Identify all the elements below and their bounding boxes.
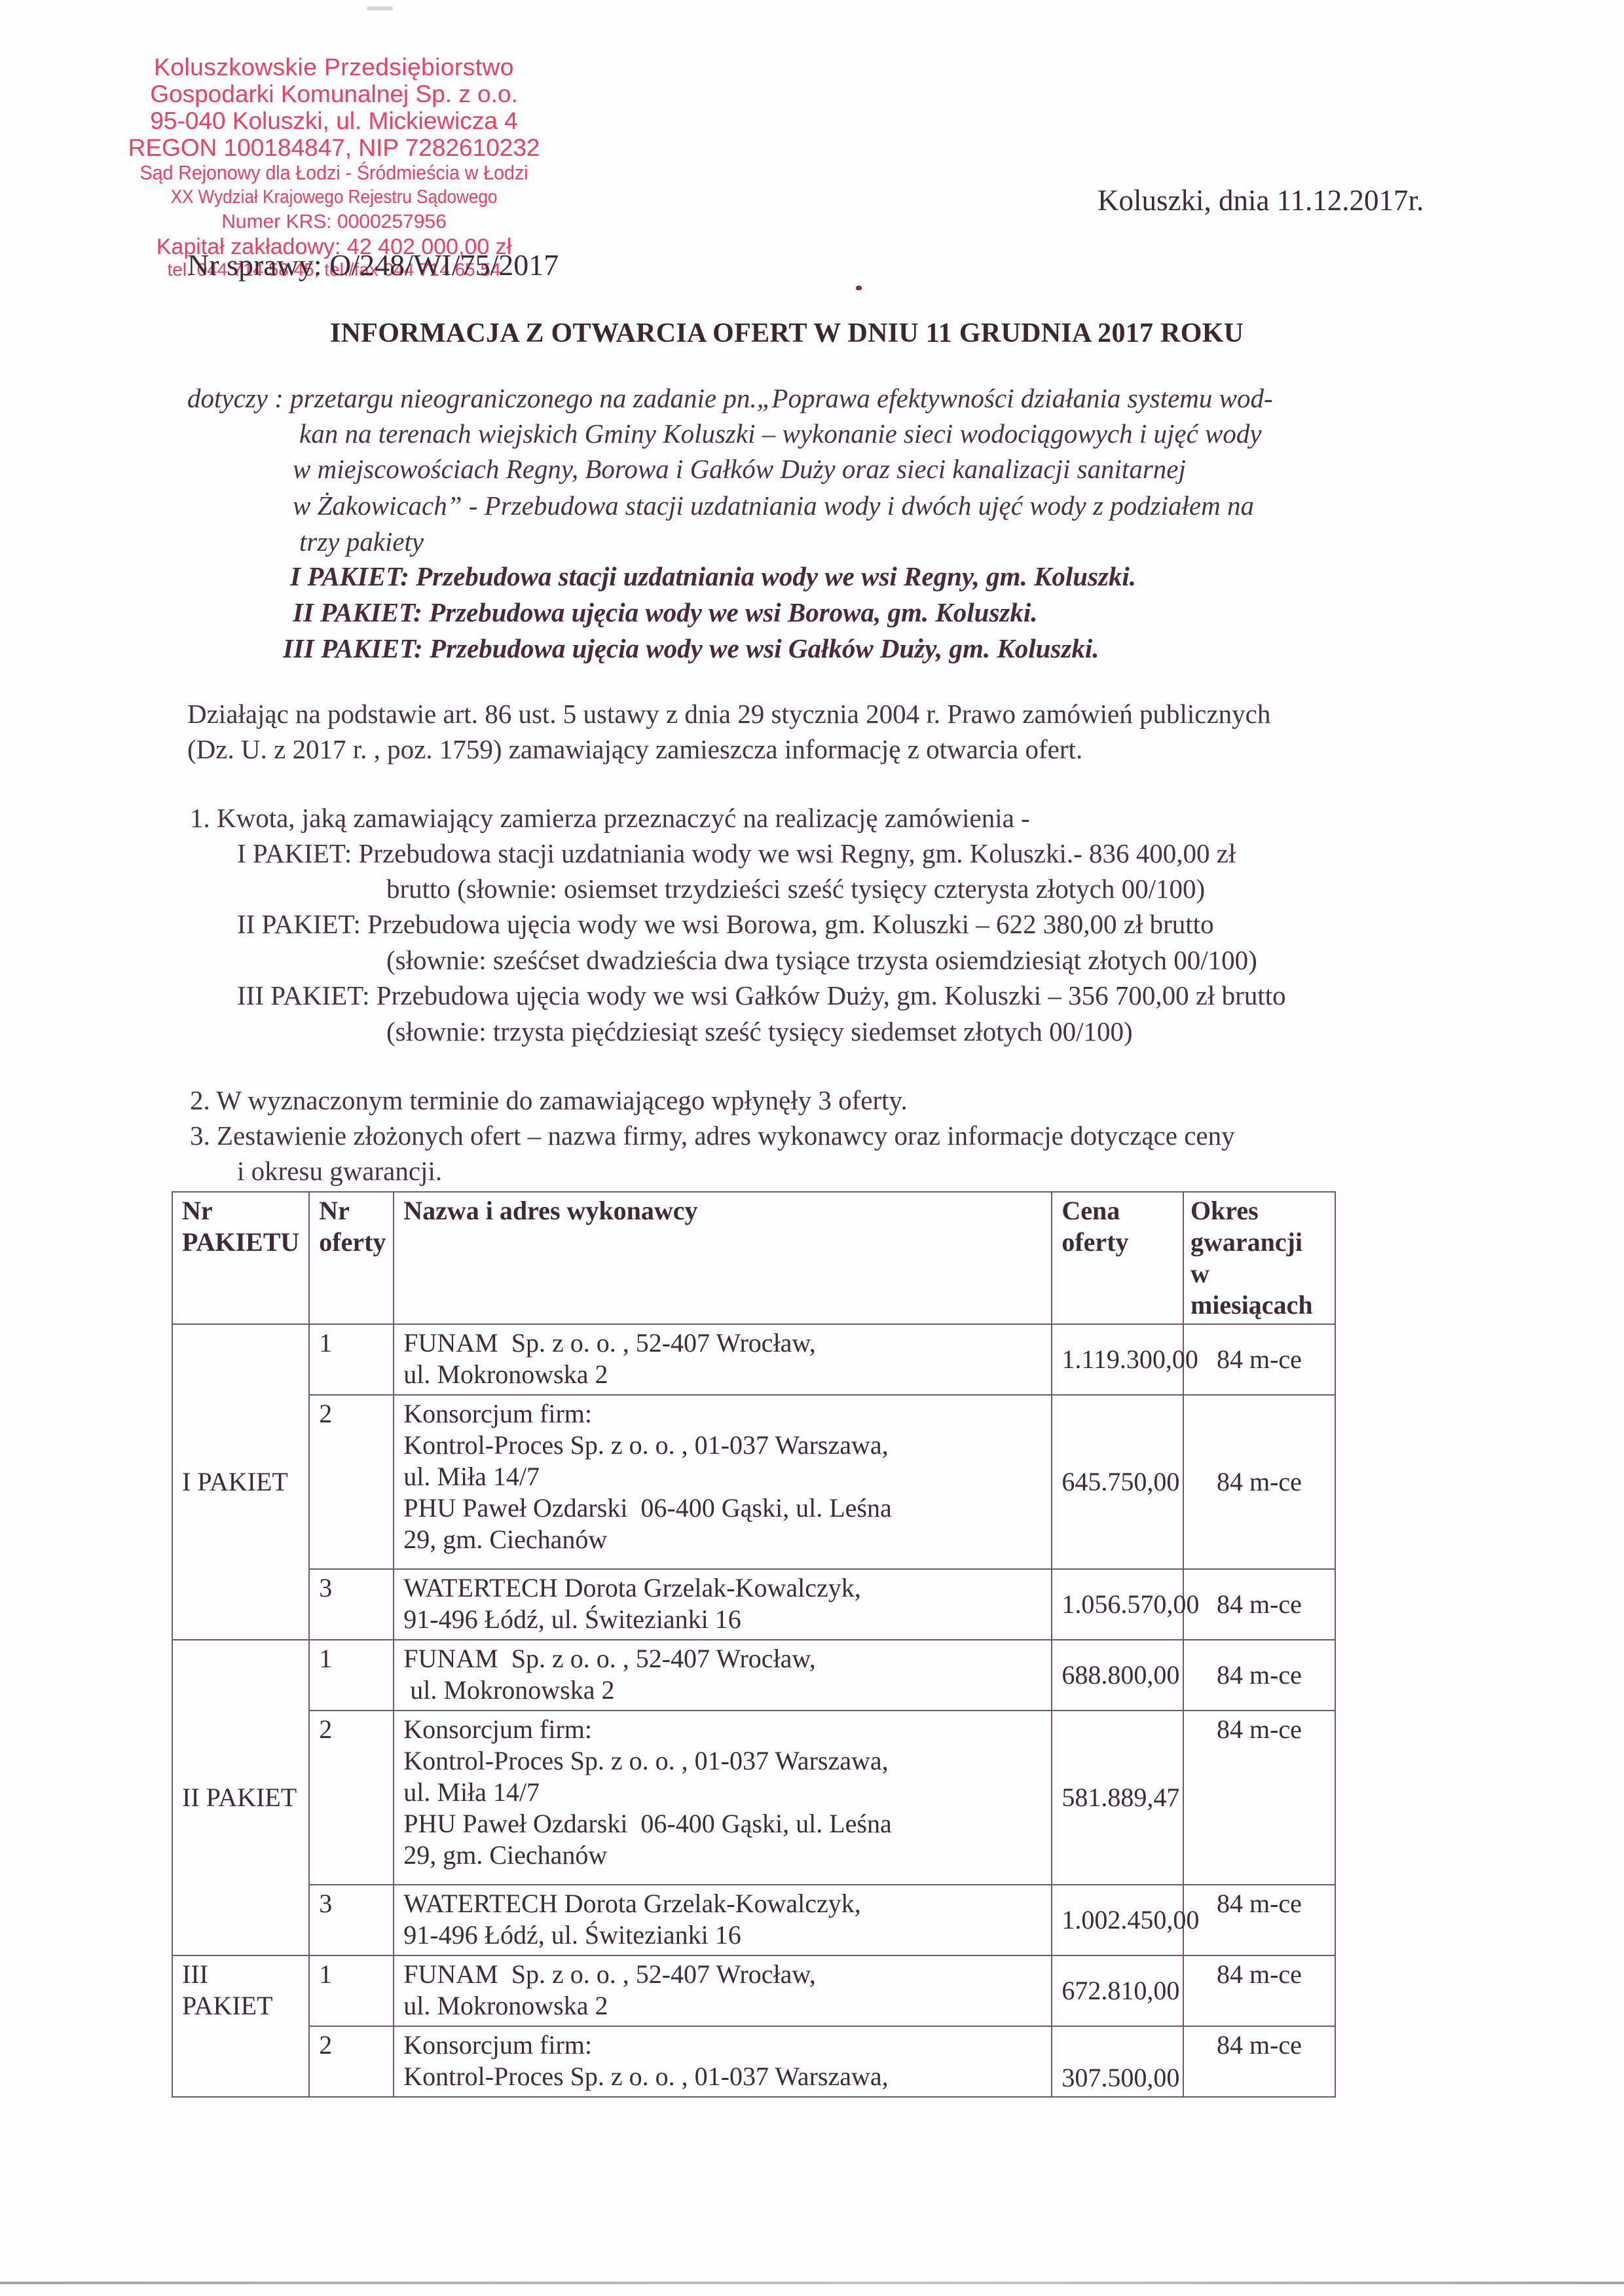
warranty-cell: 84 m-ce (1183, 1640, 1335, 1711)
stamp-line: Sąd Rejonowy dla Łodzi - Śródmieścia w Ł… (123, 162, 545, 183)
document-title: INFORMACJA Z OTWARCIA OFERT W DNIU 11 GR… (330, 318, 1244, 349)
package-heading: II PAKIET: Przebudowa ujęcia wody we wsi… (293, 597, 1038, 628)
offer-number-cell: 3 (309, 1885, 394, 1955)
package-heading: III PAKIET: Przebudowa ujęcia wody we ws… (283, 633, 1099, 664)
header-price: Cena oferty (1052, 1192, 1183, 1324)
contractor-line: 29, gm. Ciechanów (403, 1840, 1042, 1871)
intro-line: kan na terenach wiejskich Gminy Koluszki… (299, 418, 1262, 449)
contractor-line: ul. Miła 14/7 (403, 1461, 1042, 1492)
table-row: III PAKIET1FUNAM Sp. z o. o. , 52-407 Wr… (172, 1955, 1335, 2026)
offer-number-cell: 2 (309, 1711, 394, 1885)
price-cell: 1.056.570,00 (1052, 1569, 1183, 1640)
contractor-line: Konsorcjum firm: (403, 1714, 1042, 1745)
contractor-line: Kontrol-Proces Sp. z o. o. , 01-037 Wars… (403, 2061, 1042, 2092)
contractor-line: Konsorcjum firm: (403, 1398, 1042, 1430)
section1-item-line: brutto (słownie: osiemset trzydzieści sz… (386, 873, 1205, 904)
package-cell: II PAKIET (172, 1640, 309, 1955)
warranty-cell: 84 m-ce (1183, 1885, 1335, 1955)
contractor-line: ul. Mokronowska 2 (403, 1675, 1042, 1706)
contractor-line: FUNAM Sp. z o. o. , 52-407 Wrocław, (403, 1643, 1042, 1675)
warranty-cell: 84 m-ce (1183, 1324, 1335, 1395)
stamp-line: 95-040 Koluszki, ul. Mickiewicza 4 (105, 109, 563, 133)
warranty-cell: 84 m-ce (1183, 1955, 1335, 2026)
contractor-line: ul. Mokronowska 2 (403, 1990, 1042, 2022)
legal-basis-line: (Dz. U. z 2017 r. , poz. 1759) zamawiają… (187, 733, 1082, 765)
table-row: II PAKIET1FUNAM Sp. z o. o. , 52-407 Wro… (172, 1640, 1335, 1711)
contractor-line: 91-496 Łódź, ul. Świtezianki 16 (403, 1604, 1042, 1635)
contractor-cell: Konsorcjum firm:Kontrol-Proces Sp. z o. … (394, 1711, 1052, 1885)
contractor-cell: FUNAM Sp. z o. o. , 52-407 Wrocław,ul. M… (394, 1955, 1052, 2026)
contractor-cell: FUNAM Sp. z o. o. , 52-407 Wrocław,ul. M… (394, 1324, 1052, 1395)
header-contractor: Nazwa i adres wykonawcy (394, 1192, 1052, 1324)
case-number: Nr sprawy: O/248/WI/75/2017 (187, 248, 559, 282)
offer-number-cell: 3 (309, 1569, 394, 1640)
table-row: I PAKIET1FUNAM Sp. z o. o. , 52-407 Wroc… (172, 1324, 1335, 1395)
offer-number-cell: 1 (309, 1324, 394, 1395)
stamp-line: Gospodarki Komunalnej Sp. z o.o. (105, 82, 563, 106)
package-heading: I PAKIET: Przebudowa stacji uzdatniania … (290, 561, 1136, 592)
section3-line: 3. Zestawienie złożonych ofert – nazwa f… (190, 1120, 1235, 1151)
stamp-line: XX Wydział Krajowego Rejestru Sądowego (128, 188, 540, 207)
ink-speck (856, 286, 862, 290)
contractor-cell: FUNAM Sp. z o. o. , 52-407 Wrocław, ul. … (394, 1640, 1052, 1711)
scan-artifact (367, 7, 393, 10)
contractor-line: ul. Miła 14/7 (403, 1777, 1042, 1808)
contractor-line: FUNAM Sp. z o. o. , 52-407 Wrocław, (403, 1327, 1042, 1359)
contractor-line: Konsorcjum firm: (403, 2029, 1042, 2061)
price-cell: 688.800,00 (1052, 1640, 1183, 1711)
table-row: 3WATERTECH Dorota Grzelak-Kowalczyk,91-4… (172, 1569, 1335, 1640)
section1-item-line: I PAKIET: Przebudowa stacji uzdatniania … (237, 838, 1236, 869)
intro-line: trzy pakiety (299, 526, 424, 557)
stamp-line: Numer KRS: 0000257956 (105, 212, 563, 232)
contractor-cell: WATERTECH Dorota Grzelak-Kowalczyk,91-49… (394, 1569, 1052, 1640)
intro-line: w miejscowościach Regny, Borowa i Gałków… (293, 453, 1186, 485)
header-package: Nr PAKIETU (172, 1192, 309, 1324)
section2-text: 2. W wyznaczonym terminie do zamawiające… (190, 1084, 908, 1116)
scan-edge (0, 2282, 1624, 2284)
table-row: 2Konsorcjum firm:Kontrol-Proces Sp. z o.… (172, 1711, 1335, 1885)
contractor-line: PHU Paweł Ozdarski 06-400 Gąski, ul. Leś… (403, 1492, 1042, 1524)
offers-table: Nr PAKIETU Nr oferty Nazwa i adres wykon… (172, 1191, 1336, 2098)
header-offer-number: Nr oferty (309, 1192, 394, 1324)
contractor-line: WATERTECH Dorota Grzelak-Kowalczyk, (403, 1888, 1042, 1919)
warranty-cell: 84 m-ce (1183, 1711, 1335, 1885)
contractor-line: 29, gm. Ciechanów (403, 1524, 1042, 1555)
section1-item-line: III PAKIET: Przebudowa ujęcia wody we ws… (237, 980, 1286, 1011)
warranty-cell: 84 m-ce (1183, 1569, 1335, 1640)
contractor-line: Kontrol-Proces Sp. z o. o. , 01-037 Wars… (403, 1430, 1042, 1461)
contractor-line: PHU Paweł Ozdarski 06-400 Gąski, ul. Leś… (403, 1808, 1042, 1840)
offer-number-cell: 1 (309, 1955, 394, 2026)
offer-number-cell: 1 (309, 1640, 394, 1711)
section1-item-line: (słownie: trzysta pięćdziesiąt sześć tys… (386, 1016, 1133, 1047)
offer-number-cell: 2 (309, 1395, 394, 1569)
package-cell: III PAKIET (172, 1955, 309, 2097)
company-stamp: Koluszkowskie Przedsiębiorstwo Gospodark… (105, 55, 563, 279)
price-cell: 1.119.300,00 (1052, 1324, 1183, 1395)
table-row: 2Konsorcjum firm:Kontrol-Proces Sp. z o.… (172, 2026, 1335, 2097)
contractor-line: 91-496 Łódź, ul. Świtezianki 16 (403, 1919, 1042, 1951)
section1-item-line: II PAKIET: Przebudowa ujęcia wody we wsi… (237, 908, 1214, 940)
section1-heading: 1. Kwota, jaką zamawiający zamierza prze… (190, 802, 1030, 834)
intro-line: w Żakowicach” - Przebudowa stacji uzdatn… (293, 490, 1254, 521)
contractor-cell: WATERTECH Dorota Grzelak-Kowalczyk,91-49… (394, 1885, 1052, 1955)
table-header-row: Nr PAKIETU Nr oferty Nazwa i adres wykon… (172, 1192, 1335, 1324)
section3-line: i okresu gwarancji. (237, 1155, 442, 1187)
stamp-line: Koluszkowskie Przedsiębiorstwo (105, 55, 563, 79)
contractor-line: ul. Mokronowska 2 (403, 1359, 1042, 1390)
package-cell: I PAKIET (172, 1324, 309, 1640)
warranty-cell: 84 m-ce (1183, 2026, 1335, 2097)
contractor-line: WATERTECH Dorota Grzelak-Kowalczyk, (403, 1572, 1042, 1604)
contractor-line: FUNAM Sp. z o. o. , 52-407 Wrocław, (403, 1959, 1042, 1990)
table-row: 2Konsorcjum firm:Kontrol-Proces Sp. z o.… (172, 1395, 1335, 1569)
price-cell: 1.002.450,00 (1052, 1885, 1183, 1955)
section1-item-line: (słownie: sześćset dwadzieścia dwa tysią… (386, 944, 1257, 976)
contractor-cell: Konsorcjum firm:Kontrol-Proces Sp. z o. … (394, 2026, 1052, 2097)
contractor-cell: Konsorcjum firm:Kontrol-Proces Sp. z o. … (394, 1395, 1052, 1569)
price-cell: 645.750,00 (1052, 1395, 1183, 1569)
offer-number-cell: 2 (309, 2026, 394, 2097)
price-cell: 581.889,47 (1052, 1711, 1183, 1885)
price-cell: 307.500,00 (1052, 2026, 1183, 2097)
stamp-line: REGON 100184847, NIP 7282610232 (105, 136, 563, 160)
legal-basis-line: Działając na podstawie art. 86 ust. 5 us… (187, 698, 1270, 730)
table-row: 3WATERTECH Dorota Grzelak-Kowalczyk,91-4… (172, 1885, 1335, 1955)
warranty-cell: 84 m-ce (1183, 1395, 1335, 1569)
price-cell: 672.810,00 (1052, 1955, 1183, 2026)
intro-line: dotyczy : przetargu nieograniczonego na … (187, 382, 1273, 414)
document-date: Koluszki, dnia 11.12.2017r. (1098, 183, 1424, 217)
header-warranty: Okres gwarancji w miesiącach (1183, 1192, 1335, 1324)
contractor-line: Kontrol-Proces Sp. z o. o. , 01-037 Wars… (403, 1745, 1042, 1777)
